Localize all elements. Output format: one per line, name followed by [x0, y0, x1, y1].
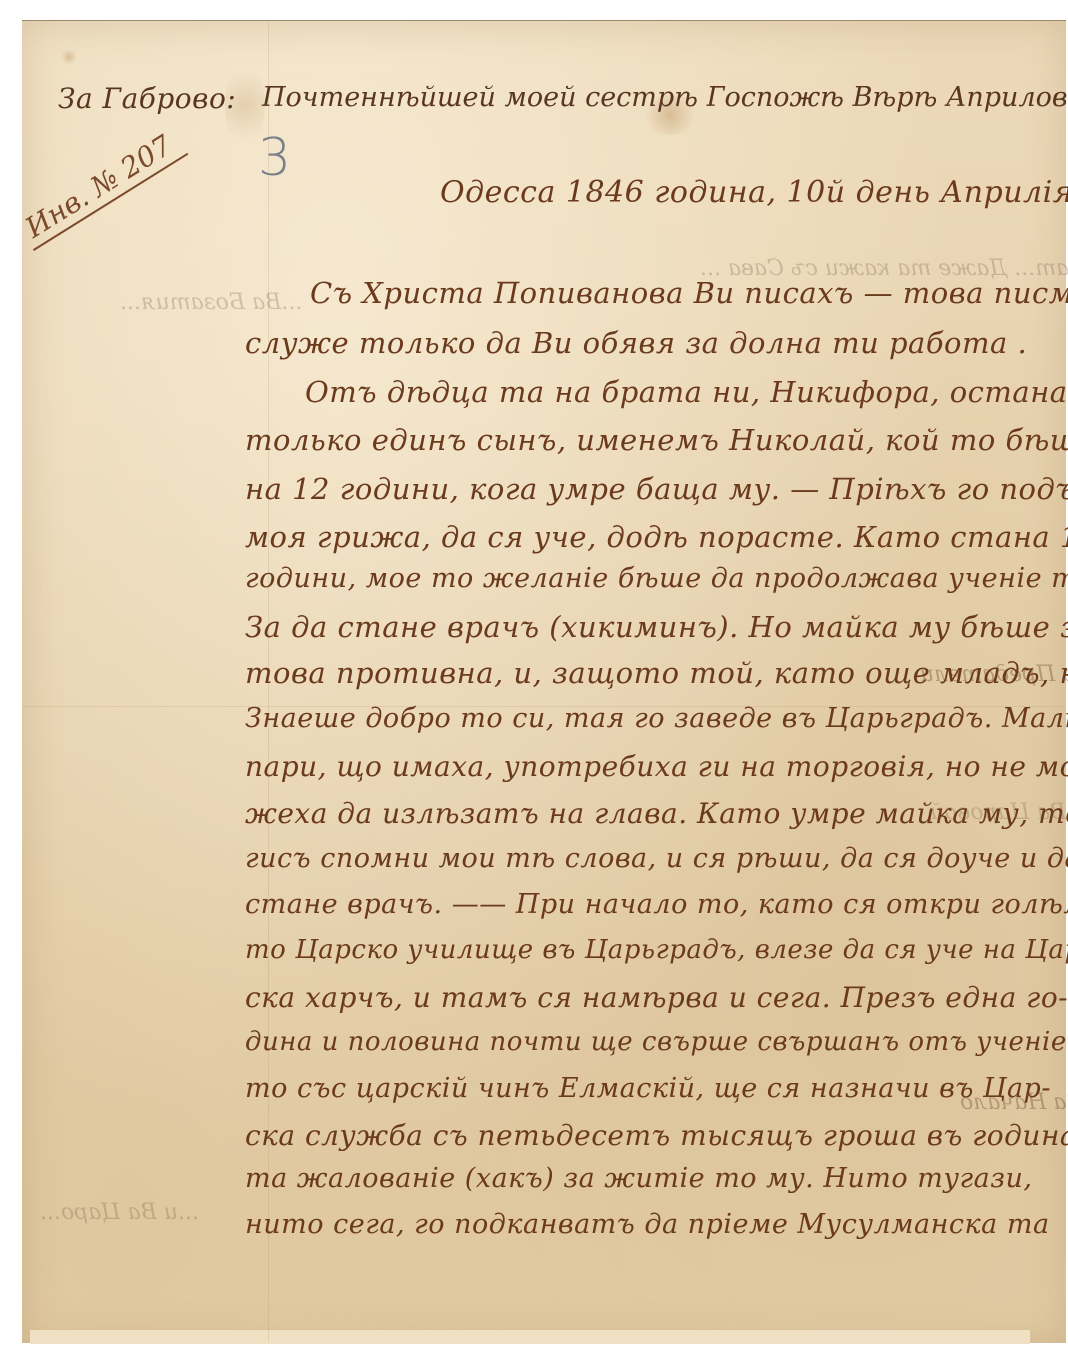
- body-line: ска служба съ петьдесетъ тысящъ гроша въ…: [245, 1119, 1068, 1152]
- body-line: жеха да излѣзатъ на глава. Като умре май…: [245, 797, 1068, 830]
- body-line: ска харчъ, и тамъ ся намѣрва и сега. Пре…: [245, 981, 1068, 1014]
- body-line: то със царскій чинъ Елмаскій, ще ся назн…: [245, 1073, 1051, 1104]
- body-line: моя грижа, да ся уче, додѣ порасте. Като…: [245, 520, 1068, 554]
- bleed-through-text: ...и Ва Царо...: [40, 1200, 199, 1225]
- page-number: 3: [258, 128, 291, 188]
- body-line: на 12 години, кога умре баща му. — Пріѣх…: [245, 472, 1068, 506]
- body-line: стане врачъ. —— При начало то, като ся о…: [245, 889, 1068, 920]
- body-line: Знаеше добро то си, тая го заведе въ Цар…: [245, 703, 1068, 734]
- body-line: та жалованіе (хакъ) за житіе то му. Нито…: [245, 1163, 1032, 1194]
- body-line: Отъ дѣдца та на брата ни, Никифора, оста…: [305, 375, 1068, 409]
- body-line: нито сега, го подканватъ да пріеме Мусул…: [245, 1209, 1050, 1240]
- body-line: служе только да Ви обявя за долна ти раб…: [245, 326, 1027, 360]
- body-line: то Царско училище въ Царьградъ, влезе да…: [245, 935, 1068, 965]
- body-line: гисъ спомни мои тѣ слова, и ся рѣши, да …: [245, 843, 1068, 874]
- bleed-through-text: ...Ва Бозатия...: [120, 290, 302, 315]
- stain: [60, 50, 78, 64]
- body-line: пари, що имаха, употребиха ги на торгові…: [245, 750, 1068, 783]
- dateline: Одесса 1846 година, 10й день Априлія: [440, 175, 1068, 210]
- body-line: Съ Христа Попиванова Ви писахъ — това пи…: [310, 276, 1068, 310]
- body-line: дина и половина почти ще свърше свършанъ…: [245, 1027, 1067, 1057]
- body-line: За да стане врачъ (хикиминъ). Но майка м…: [245, 610, 1068, 644]
- body-line: только единъ сынъ, именемъ Николай, кой …: [245, 423, 1068, 457]
- page-edge-under: [30, 1330, 1030, 1344]
- body-line: години, мое то желаніе бѣше да продолжав…: [245, 563, 1068, 594]
- body-line: това противна, и, защото той, като още м…: [245, 656, 1068, 690]
- destination-line: За Габрово:: [58, 82, 236, 115]
- addressee-line: Почтеннѣйшей моей сестрѣ Госпожѣ Вѣрѣ Ап…: [262, 82, 1068, 113]
